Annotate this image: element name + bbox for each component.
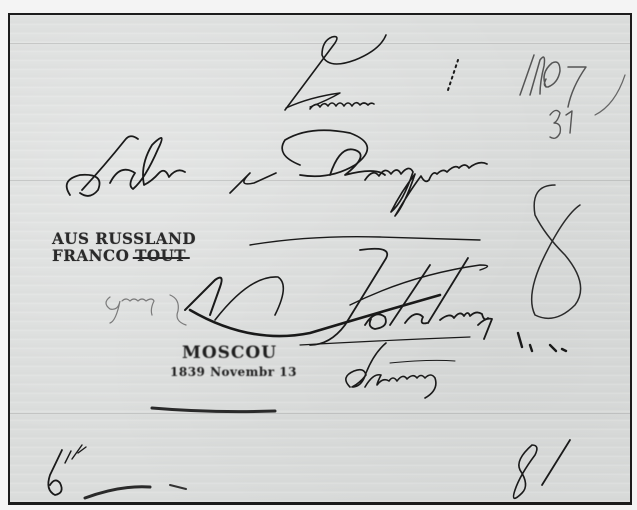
postmark-date: 1839 Novembr 13: [170, 365, 297, 379]
postmark-line-1: AUS RUSSLAND: [52, 231, 196, 247]
document-scan-frame: AUS RUSSLAND FRANCO TOUT MOSCOU 1839 Nov…: [8, 13, 632, 505]
postmark-franco: FRANCO: [52, 246, 135, 265]
postmark-line-2: FRANCO TOUT: [52, 248, 196, 264]
moscou-postmark: MOSCOU 1839 Novembr 13: [170, 343, 297, 379]
postmark-city: MOSCOU: [170, 343, 297, 363]
aus-russland-postmark: AUS RUSSLAND FRANCO TOUT: [52, 231, 204, 264]
postmark-tout-struck: TOUT: [135, 248, 186, 264]
